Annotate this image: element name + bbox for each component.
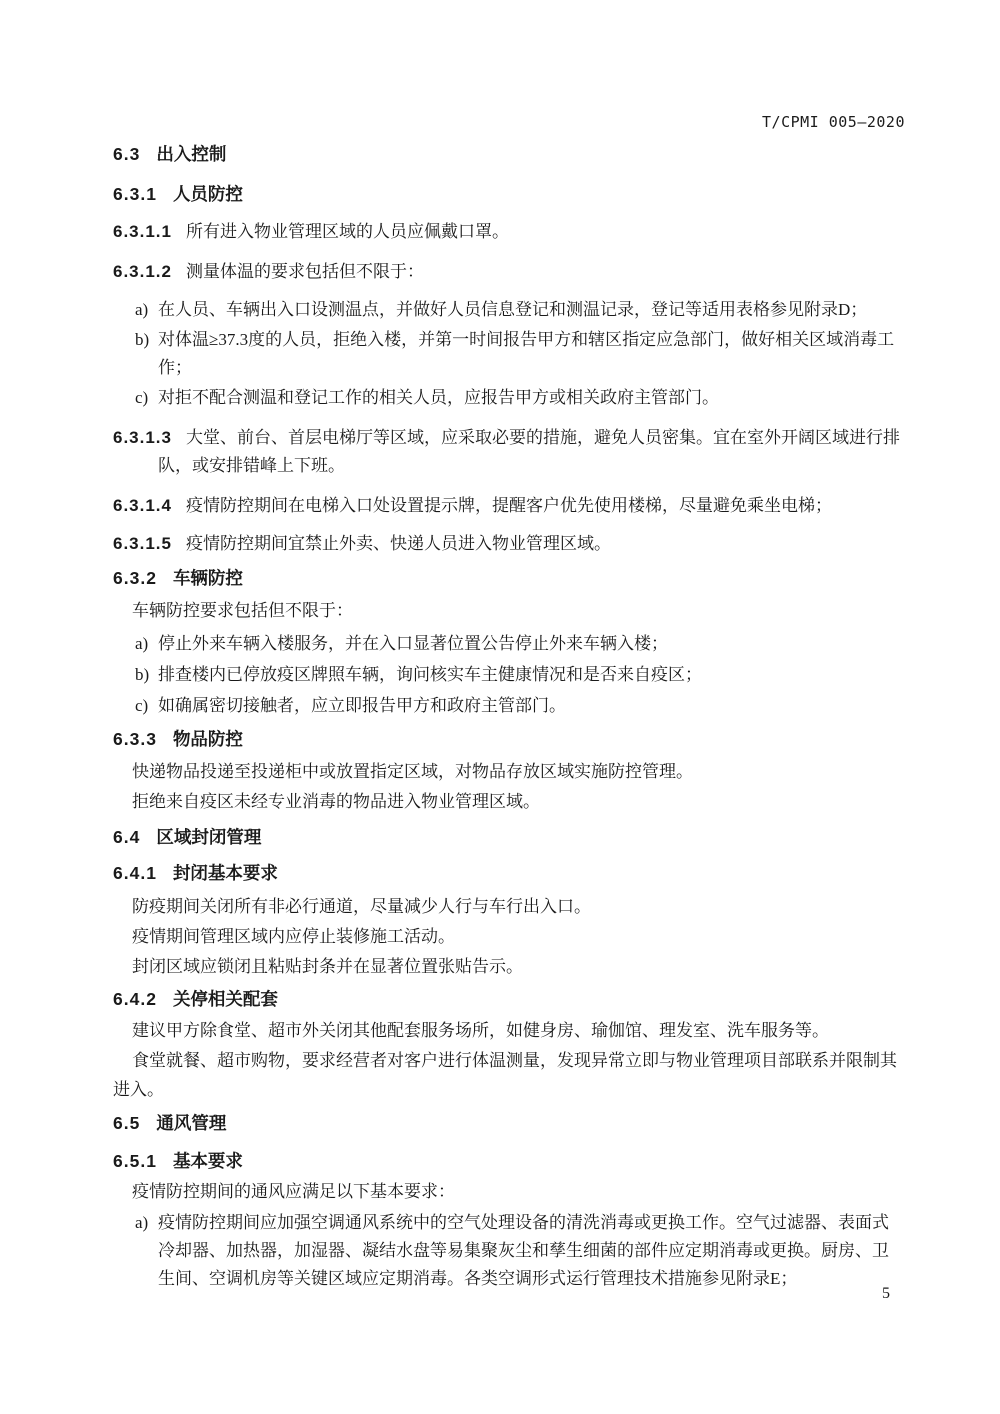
- subsection-heading-6-5-1: 6.5.1基本要求: [113, 1150, 905, 1172]
- subsection-heading-6-4-1: 6.4.1封闭基本要求: [113, 862, 905, 884]
- list-item-text: 对体温≥37.3度的人员，拒绝入楼，并第一时间报告甲方和辖区指定应急部门，做好相…: [158, 326, 905, 382]
- clause-number: 6.3.1.5: [113, 534, 172, 553]
- list-item-a: a) 疫情防控期间应加强空调通风系统中的空气处理设备的清洗消毒或更换工作。空气过…: [113, 1209, 905, 1293]
- subsection-title: 关停相关配套: [173, 989, 278, 1009]
- clause-6-3-1-5: 6.3.1.5疫情防控期间宜禁止外卖、快递人员进入物业管理区域。: [113, 530, 905, 558]
- clause-text: 测量体温的要求包括但不限于：: [186, 262, 424, 281]
- list-item-a: a) 停止外来车辆入楼服务，并在入口显著位置公告停止外来车辆入楼；: [113, 630, 905, 658]
- list-marker: b): [135, 326, 158, 382]
- list-marker: a): [135, 630, 158, 658]
- ventilation-list: a) 疫情防控期间应加强空调通风系统中的空气处理设备的清洗消毒或更换工作。空气过…: [113, 1209, 905, 1293]
- clause-text: 疫情防控期间在电梯入口处设置提示牌，提醒客户优先使用楼梯，尽量避免乘坐电梯；: [186, 496, 832, 515]
- subsection-title: 封闭基本要求: [173, 863, 278, 883]
- section-title: 通风管理: [156, 1113, 226, 1133]
- subsection-number: 6.3.2: [113, 568, 157, 588]
- subsection-title: 车辆防控: [173, 568, 243, 588]
- document-page: T/CPMI 005—2020 6.3出入控制 6.3.1人员防控 6.3.1.…: [0, 0, 1000, 1414]
- doc-number-header: T/CPMI 005—2020: [113, 112, 905, 132]
- subsection-title: 人员防控: [173, 184, 243, 204]
- list-marker: c): [135, 384, 158, 412]
- list-marker: a): [135, 296, 158, 324]
- list-item-a: a) 在人员、车辆出入口设测温点，并做好人员信息登记和测温记录，登记等适用表格参…: [113, 296, 905, 324]
- list-item-text: 疫情防控期间应加强空调通风系统中的空气处理设备的清洗消毒或更换工作。空气过滤器、…: [158, 1209, 905, 1293]
- clause-text: 所有进入物业管理区域的人员应佩戴口罩。: [186, 222, 509, 241]
- list-marker: b): [135, 661, 158, 689]
- paragraph-seal-areas: 封闭区域应锁闭且粘贴封条并在显著位置张贴告示。: [113, 952, 905, 981]
- paragraph-vehicle-intro: 车辆防控要求包括但不限于：: [113, 596, 905, 625]
- list-item-text: 排查楼内已停放疫区牌照车辆，询问核实车主健康情况和是否来自疫区；: [158, 661, 905, 689]
- clause-text: 疫情防控期间宜禁止外卖、快递人员进入物业管理区域。: [186, 534, 611, 553]
- clause-number: 6.3.1.4: [113, 496, 172, 515]
- list-item-b: b) 对体温≥37.3度的人员，拒绝入楼，并第一时间报告甲方和辖区指定应急部门，…: [113, 326, 905, 382]
- list-item-text: 在人员、车辆出入口设测温点，并做好人员信息登记和测温记录，登记等适用表格参见附录…: [158, 296, 905, 324]
- list-item-c: c) 如确属密切接触者，应立即报告甲方和政府主管部门。: [113, 692, 905, 720]
- subsection-number: 6.4.1: [113, 863, 157, 883]
- page-number: 5: [882, 1284, 890, 1304]
- section-number: 6.3: [113, 144, 140, 164]
- section-number: 6.5: [113, 1113, 140, 1133]
- subsection-number: 6.5.1: [113, 1151, 157, 1171]
- section-title: 出入控制: [156, 144, 226, 164]
- section-title: 区域封闭管理: [156, 827, 261, 847]
- section-heading-6-5: 6.5通风管理: [113, 1112, 905, 1134]
- section-number: 6.4: [113, 827, 140, 847]
- list-marker: a): [135, 1209, 158, 1293]
- subsection-heading-6-3-1: 6.3.1人员防控: [113, 183, 905, 205]
- clause-6-3-1-3: 6.3.1.3大堂、前台、首层电梯厅等区域，应采取必要的措施，避免人员密集。宜在…: [113, 424, 905, 480]
- paragraph-close-facilities: 建议甲方除食堂、超市外关闭其他配套服务场所，如健身房、瑜伽馆、理发室、洗车服务等…: [113, 1016, 905, 1045]
- clause-6-3-1-1: 6.3.1.1所有进入物业管理区域的人员应佩戴口罩。: [113, 218, 905, 246]
- list-item-b: b) 排查楼内已停放疫区牌照车辆，询问核实车主健康情况和是否来自疫区；: [113, 661, 905, 689]
- vehicle-control-list: a) 停止外来车辆入楼服务，并在入口显著位置公告停止外来车辆入楼； b) 排查楼…: [113, 630, 905, 720]
- list-item-text: 如确属密切接触者，应立即报告甲方和政府主管部门。: [158, 692, 905, 720]
- clause-number: 6.3.1.2: [113, 262, 172, 281]
- list-item-text: 对拒不配合测温和登记工作的相关人员，应报告甲方或相关政府主管部门。: [158, 384, 905, 412]
- section-heading-6-3: 6.3出入控制: [113, 143, 905, 165]
- clause-number: 6.3.1.3: [113, 428, 172, 447]
- subsection-heading-6-4-2: 6.4.2关停相关配套: [113, 988, 905, 1010]
- subsection-heading-6-3-3: 6.3.3物品防控: [113, 728, 905, 750]
- subsection-heading-6-3-2: 6.3.2车辆防控: [113, 567, 905, 589]
- clause-6-3-1-2: 6.3.1.2测量体温的要求包括但不限于：: [113, 258, 905, 286]
- clause-number: 6.3.1.1: [113, 222, 172, 241]
- subsection-title: 基本要求: [173, 1151, 243, 1171]
- subsection-number: 6.3.3: [113, 729, 157, 749]
- list-marker: c): [135, 692, 158, 720]
- paragraph-refuse-items: 拒绝来自疫区未经专业消毒的物品进入物业管理区域。: [113, 787, 905, 816]
- list-item-c: c) 对拒不配合测温和登记工作的相关人员，应报告甲方或相关政府主管部门。: [113, 384, 905, 412]
- subsection-number: 6.3.1: [113, 184, 157, 204]
- clause-6-3-1-2-list: a) 在人员、车辆出入口设测温点，并做好人员信息登记和测温记录，登记等适用表格参…: [113, 296, 905, 412]
- clause-6-3-1-4: 6.3.1.4疫情防控期间在电梯入口处设置提示牌，提醒客户优先使用楼梯，尽量避免…: [113, 492, 905, 520]
- subsection-title: 物品防控: [173, 729, 243, 749]
- section-heading-6-4: 6.4区域封闭管理: [113, 826, 905, 848]
- paragraph-canteen-supermarket: 食堂就餐、超市购物，要求经营者对客户进行体温测量，发现异常立即与物业管理项目部联…: [113, 1046, 905, 1104]
- subsection-number: 6.4.2: [113, 989, 157, 1009]
- list-item-text: 停止外来车辆入楼服务，并在入口显著位置公告停止外来车辆入楼；: [158, 630, 905, 658]
- paragraph-delivery-items: 快递物品投递至投递柜中或放置指定区域，对物品存放区域实施防控管理。: [113, 757, 905, 786]
- paragraph-stop-renovation: 疫情期间管理区域内应停止装修施工活动。: [113, 922, 905, 951]
- clause-text: 大堂、前台、首层电梯厅等区域，应采取必要的措施，避免人员密集。宜在室外开阔区域进…: [158, 428, 900, 475]
- paragraph-close-passages: 防疫期间关闭所有非必行通道，尽量减少人行与车行出入口。: [113, 892, 905, 921]
- paragraph-ventilation-intro: 疫情防控期间的通风应满足以下基本要求：: [113, 1177, 905, 1206]
